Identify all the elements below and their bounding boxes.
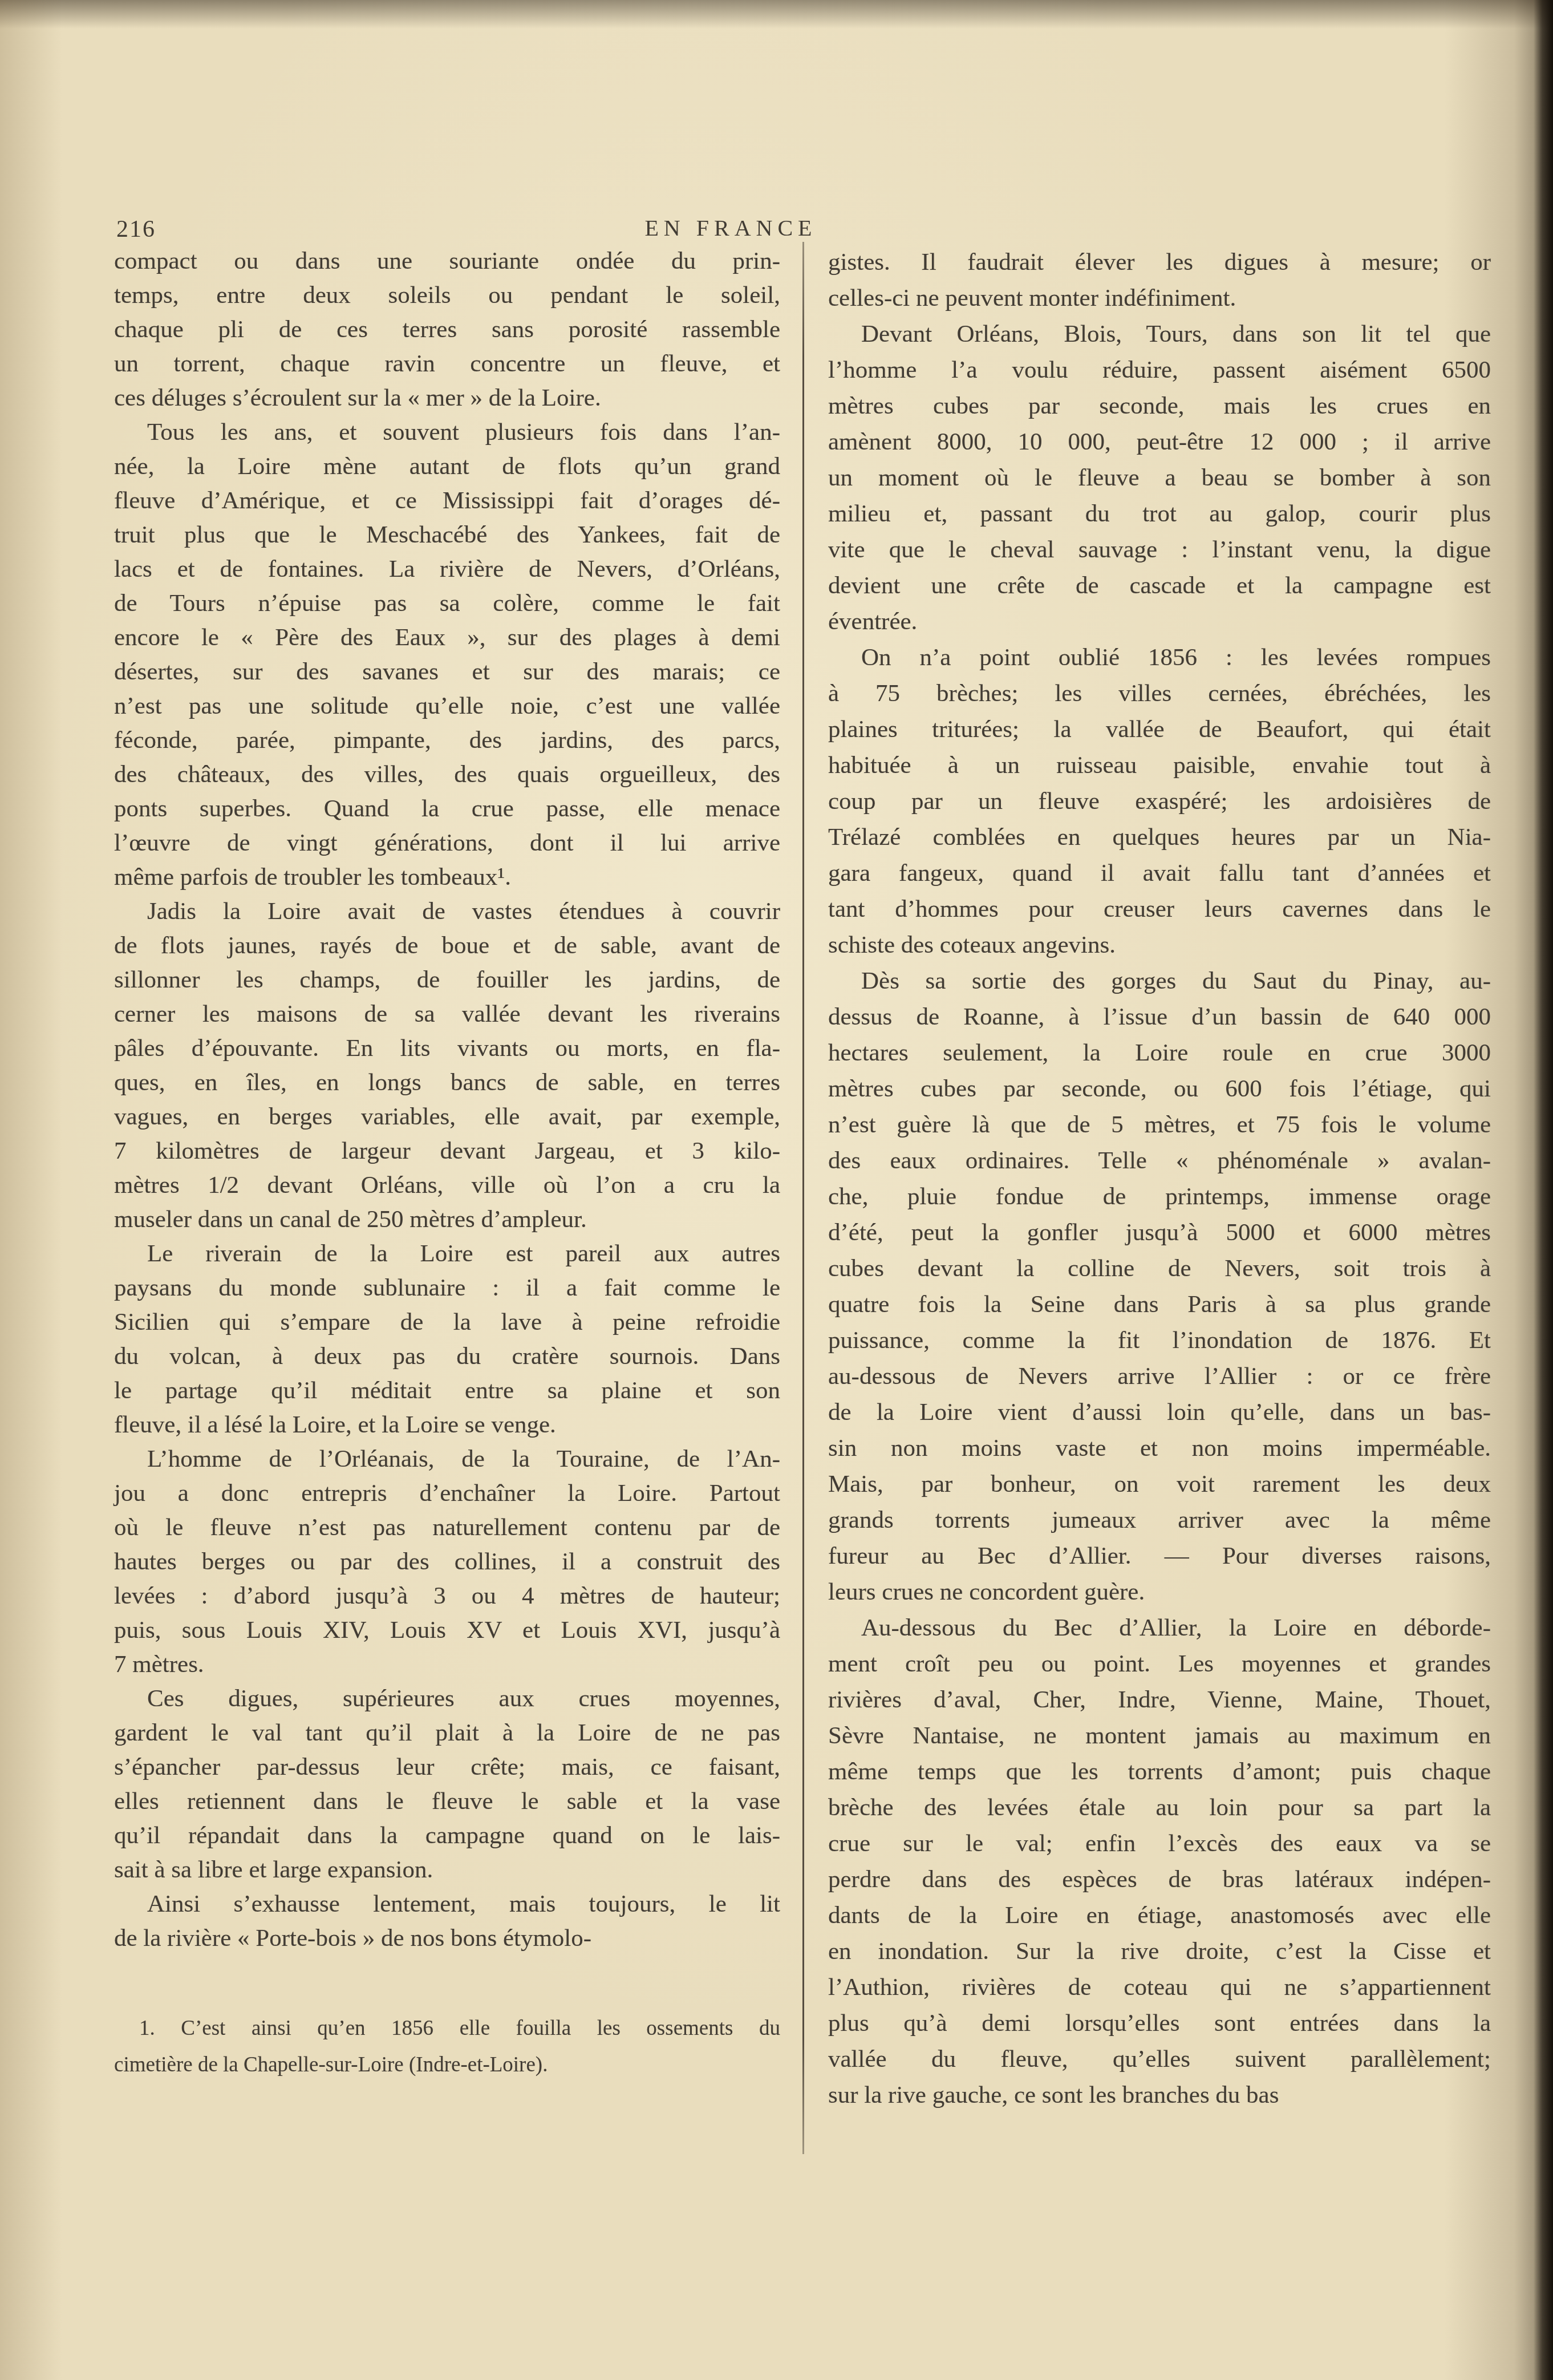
paragraph: Dès sa sortie des gorges du Saut du Pina… xyxy=(828,963,1491,1610)
right-column: gistes. Il faudrait élever les digues à … xyxy=(828,244,1491,2113)
text-line: un torrent, chaque ravin concentre un fl… xyxy=(114,347,780,381)
text-line: elles retiennent dans le fleuve le sable… xyxy=(114,1784,780,1819)
paragraph: Le riverain de la Loire est pareil aux a… xyxy=(114,1237,780,1442)
left-column-text: compact ou dans une souriante ondée du p… xyxy=(114,244,780,1956)
text-line: au-dessous de Nevers arrive l’Allier : o… xyxy=(828,1358,1491,1394)
text-line: même temps que les torrents d’amont; pui… xyxy=(828,1754,1491,1790)
text-line: rivières d’aval, Cher, Indre, Vienne, Ma… xyxy=(828,1682,1491,1718)
text-line: gardent le val tant qu’il plait à la Loi… xyxy=(114,1716,780,1750)
text-line: Trélazé comblées en quelques heures par … xyxy=(828,819,1491,855)
text-line: che, pluie fondue de printemps, immense … xyxy=(828,1179,1491,1215)
text-line: temps, entre deux soleils ou pendant le … xyxy=(114,278,780,313)
text-line: Mais, par bonheur, on voit rarement les … xyxy=(828,1466,1491,1502)
text-line: fleuve, il a lésé la Loire, et la Loire … xyxy=(114,1408,780,1442)
text-line: un moment où le fleuve a beau se bomber … xyxy=(828,460,1491,496)
text-line: pâles d’épouvante. En lits vivants ou mo… xyxy=(114,1031,780,1066)
text-line: mètres 1/2 devant Orléans, ville où l’on… xyxy=(114,1168,780,1203)
paragraph: compact ou dans une souriante ondée du p… xyxy=(114,244,780,415)
text-line: Ainsi s’exhausse lentement, mais toujour… xyxy=(114,1887,780,1921)
text-line: n’est guère là que de 5 mètres, et 75 fo… xyxy=(828,1107,1491,1143)
text-line: sur la rive gauche, ce sont les branches… xyxy=(828,2077,1491,2113)
text-line: Tous les ans, et souvent plusieurs fois … xyxy=(114,415,780,450)
text-line: s’épancher par-dessus leur crête; mais, … xyxy=(114,1750,780,1784)
text-line: leurs crues ne concordent guère. xyxy=(828,1574,1491,1610)
text-line: truit plus que le Meschacébé des Yankees… xyxy=(114,518,780,552)
text-line: éventrée. xyxy=(828,604,1491,639)
text-line: crue sur le val; enfin l’excès des eaux … xyxy=(828,1826,1491,1861)
text-line: Ces digues, supérieures aux crues moyenn… xyxy=(114,1682,780,1716)
text-line: paysans du monde sublunaire : il a fait … xyxy=(114,1271,780,1305)
text-line: compact ou dans une souriante ondée du p… xyxy=(114,244,780,278)
text-line: tant d’hommes pour creuser leurs caverne… xyxy=(828,891,1491,927)
text-line: vite que le cheval sauvage : l’instant v… xyxy=(828,532,1491,568)
text-line: On n’a point oublié 1856 : les levées ro… xyxy=(828,639,1491,675)
text-line: l’œuvre de vingt générations, dont il lu… xyxy=(114,826,780,860)
text-line: qu’il répandait dans la campagne quand o… xyxy=(114,1819,780,1853)
text-line: hectares seulement, la Loire roule en cr… xyxy=(828,1035,1491,1071)
text-line: 1. C’est ainsi qu’en 1856 elle fouilla l… xyxy=(114,2010,780,2047)
text-line: Sèvre Nantaise, ne montent jamais au max… xyxy=(828,1718,1491,1754)
text-line: ment croît peu ou point. Les moyennes et… xyxy=(828,1646,1491,1682)
text-line: l’Authion, rivières de coteau qui ne s’a… xyxy=(828,1969,1491,2005)
text-line: fleuve d’Amérique, et ce Mississippi fai… xyxy=(114,484,780,518)
text-line: mètres cubes par seconde, ou 600 fois l’… xyxy=(828,1071,1491,1107)
text-line: sillonner les champs, de fouiller les ja… xyxy=(114,963,780,997)
text-line: de flots jaunes, rayés de boue et de sab… xyxy=(114,929,780,963)
text-line: cubes devant la colline de Nevers, soit … xyxy=(828,1250,1491,1286)
text-line: de la Loire vient d’aussi loin qu’elle, … xyxy=(828,1394,1491,1430)
text-line: ponts superbes. Quand la crue passe, ell… xyxy=(114,792,780,826)
text-line: le partage qu’il méditait entre sa plain… xyxy=(114,1374,780,1408)
text-line: Le riverain de la Loire est pareil aux a… xyxy=(114,1237,780,1271)
paragraph: Devant Orléans, Blois, Tours, dans son l… xyxy=(828,316,1491,639)
text-line: encore le « Père des Eaux », sur des pla… xyxy=(114,621,780,655)
text-line: Devant Orléans, Blois, Tours, dans son l… xyxy=(828,316,1491,352)
paragraph: gistes. Il faudrait élever les digues à … xyxy=(828,244,1491,316)
text-line: Jadis la Loire avait de vastes étendues … xyxy=(114,894,780,929)
text-line: née, la Loire mène autant de flots qu’un… xyxy=(114,450,780,484)
paragraph: Tous les ans, et souvent plusieurs fois … xyxy=(114,415,780,894)
text-line: puis, sous Louis XIV, Louis XV et Louis … xyxy=(114,1613,780,1648)
text-line: sin non moins vaste et non moins impermé… xyxy=(828,1430,1491,1466)
paragraph: Jadis la Loire avait de vastes étendues … xyxy=(114,894,780,1237)
text-line: dants de la Loire en étiage, anastomosés… xyxy=(828,1897,1491,1933)
text-line: Dès sa sortie des gorges du Saut du Pina… xyxy=(828,963,1491,999)
text-line: ques, en îles, en longs bancs de sable, … xyxy=(114,1066,780,1100)
text-line: des eaux ordinaires. Telle « phénoménale… xyxy=(828,1143,1491,1179)
text-line: en inondation. Sur la rive droite, c’est… xyxy=(828,1933,1491,1969)
text-line: fureur au Bec d’Allier. — Pour diverses … xyxy=(828,1538,1491,1574)
text-line: de la rivière « Porte-bois » de nos bons… xyxy=(114,1921,780,1956)
text-line: gistes. Il faudrait élever les digues à … xyxy=(828,244,1491,280)
text-line: sait à sa libre et large expansion. xyxy=(114,1853,780,1887)
right-column-text: gistes. Il faudrait élever les digues à … xyxy=(828,244,1491,2113)
text-line: hautes berges ou par des collines, il a … xyxy=(114,1545,780,1579)
text-line: devient une crête de cascade et la campa… xyxy=(828,568,1491,604)
text-line: l’homme l’a voulu réduire, passent aisém… xyxy=(828,352,1491,388)
paragraph: Ces digues, supérieures aux crues moyenn… xyxy=(114,1682,780,1887)
text-line: ces déluges s’écroulent sur la « mer » d… xyxy=(114,381,780,415)
text-line: Sicilien qui s’empare de la lave à peine… xyxy=(114,1305,780,1339)
book-edge-shadow xyxy=(1534,0,1553,2380)
text-line: d’été, peut la gonfler jusqu’à 5000 et 6… xyxy=(828,1215,1491,1250)
text-line: de Tours n’épuise pas sa colère, comme l… xyxy=(114,586,780,621)
text-line: chaque pli de ces terres sans porosité r… xyxy=(114,313,780,347)
text-line: vallée du fleuve, qu’elles suivent paral… xyxy=(828,2041,1491,2077)
text-line: perdre dans des espèces de bras latéraux… xyxy=(828,1861,1491,1897)
text-line: milieu et, passant du trot au galop, cou… xyxy=(828,496,1491,532)
text-line: du volcan, à deux pas du cratère sournoi… xyxy=(114,1339,780,1374)
text-line: même parfois de troubler les tombeaux¹. xyxy=(114,860,780,894)
text-line: où le fleuve n’est pas naturellement con… xyxy=(114,1511,780,1545)
text-line: cerner les maisons de sa vallée devant l… xyxy=(114,997,780,1031)
text-line: grands torrents jumeaux arriver avec la … xyxy=(828,1502,1491,1538)
text-line: museler dans un canal de 250 mètres d’am… xyxy=(114,1203,780,1237)
text-line: féconde, parée, pimpante, des jardins, d… xyxy=(114,723,780,758)
text-line: Au-dessous du Bec d’Allier, la Loire en … xyxy=(828,1610,1491,1646)
text-line: à 75 brèches; les villes cernées, ébréch… xyxy=(828,675,1491,711)
text-line: jou a donc entrepris d’enchaîner la Loir… xyxy=(114,1476,780,1511)
text-line: schiste des coteaux angevins. xyxy=(828,927,1491,963)
text-line: amènent 8000, 10 000, peut-être 12 000 ;… xyxy=(828,424,1491,460)
text-line: puissance, comme la fit l’inondation de … xyxy=(828,1322,1491,1358)
text-line: celles-ci ne peuvent monter indéfiniment… xyxy=(828,280,1491,316)
text-line: habituée à un ruisseau paisible, envahie… xyxy=(828,747,1491,783)
text-line: vagues, en berges variables, elle avait,… xyxy=(114,1100,780,1134)
paragraph: L’homme de l’Orléanais, de la Touraine, … xyxy=(114,1442,780,1682)
text-line: L’homme de l’Orléanais, de la Touraine, … xyxy=(114,1442,780,1476)
text-line: lacs et de fontaines. La rivière de Neve… xyxy=(114,552,780,586)
footnote: 1. C’est ainsi qu’en 1856 elle fouilla l… xyxy=(114,2010,780,2083)
text-line: levées : d’abord jusqu’à 3 ou 4 mètres d… xyxy=(114,1579,780,1613)
text-line: plaines triturées; la vallée de Beaufort… xyxy=(828,711,1491,747)
text-line: dessus de Roanne, à l’issue d’un bassin … xyxy=(828,999,1491,1035)
paragraph: 1. C’est ainsi qu’en 1856 elle fouilla l… xyxy=(114,2010,780,2083)
text-line: gara fangeux, quand il avait fallu tant … xyxy=(828,855,1491,891)
text-line: plus qu’à demi lorsqu’elles sont entrées… xyxy=(828,2005,1491,2041)
left-column: compact ou dans une souriante ondée du p… xyxy=(114,244,780,2083)
text-line: 7 kilomètres de largeur devant Jargeau, … xyxy=(114,1134,780,1168)
paragraph: On n’a point oublié 1856 : les levées ro… xyxy=(828,639,1491,963)
column-divider-rule xyxy=(802,242,804,2154)
text-line: cimetière de la Chapelle-sur-Loire (Indr… xyxy=(114,2047,780,2083)
text-line: désertes, sur des savanes et sur des mar… xyxy=(114,655,780,689)
text-line: n’est pas une solitude qu’elle noie, c’e… xyxy=(114,689,780,723)
paragraph: Au-dessous du Bec d’Allier, la Loire en … xyxy=(828,1610,1491,2113)
paragraph: Ainsi s’exhausse lentement, mais toujour… xyxy=(114,1887,780,1956)
text-line: 7 mètres. xyxy=(114,1648,780,1682)
text-line: des châteaux, des villes, des quais orgu… xyxy=(114,758,780,792)
text-line: coup par un fleuve exaspéré; les ardoisi… xyxy=(828,783,1491,819)
text-line: quatre fois la Seine dans Paris à sa plu… xyxy=(828,1286,1491,1322)
text-line: brèche des levées étale au loin pour sa … xyxy=(828,1790,1491,1826)
running-title: EN FRANCE xyxy=(0,214,1462,241)
text-line: mètres cubes par seconde, mais les crues… xyxy=(828,388,1491,424)
book-page-scan: 216 EN FRANCE compact ou dans une souria… xyxy=(0,0,1553,2380)
